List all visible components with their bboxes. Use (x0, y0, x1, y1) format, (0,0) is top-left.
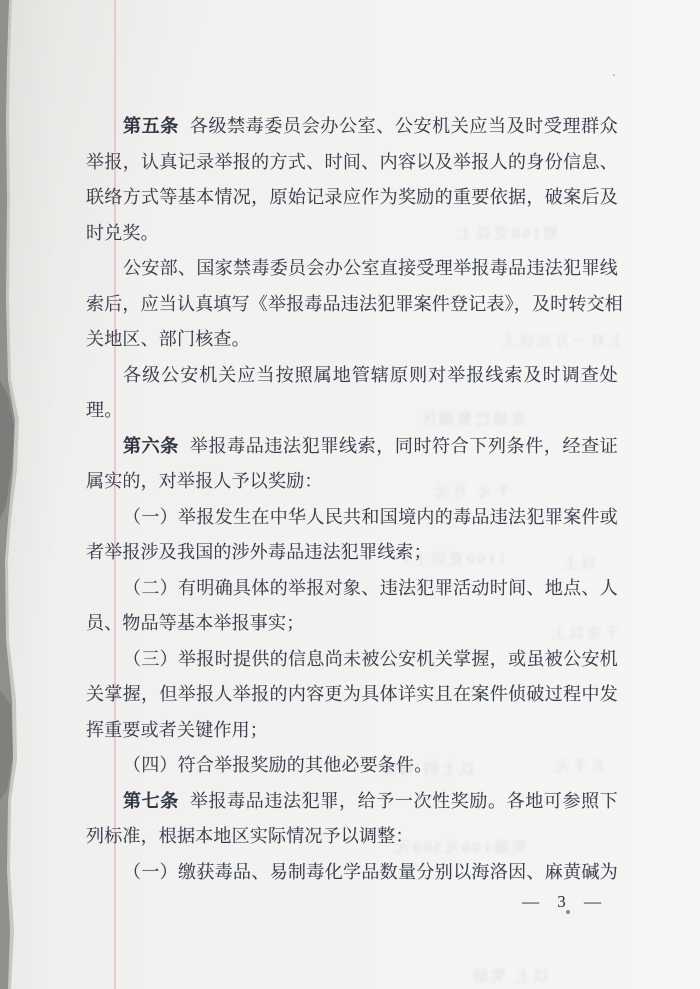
line-text: 联络方式等基本情况，原始记录应作为奖励的重要依据，破案后及 (86, 187, 618, 207)
text-line: 挥重要或者关键作用； (86, 713, 618, 749)
line-text: 索后，应当认真填写《举报毒品违法犯罪案件登记表》，及时转交相 (86, 294, 623, 314)
line-text: 挥重要或者关键作用； (86, 720, 268, 740)
text-line: 者举报涉及我国的涉外毒品违法犯罪线索； (86, 535, 618, 571)
line-text: 关掌握，但举报人举报的内容更为具体详实且在案件侦破过程中发 (86, 684, 618, 704)
text-line: 公安部、国家禁毒委员会办公室直接受理举报毒品违法犯罪线 (86, 251, 618, 287)
ink-speck (613, 74, 615, 76)
text-line: 联络方式等基本情况，原始记录应作为奖励的重要依据，破案后及 (86, 180, 618, 216)
text-line: 第六条举报毒品违法犯罪线索，同时符合下列条件，经查证 (86, 429, 618, 465)
text-line: 举报，认真记录举报的方式、时间、内容以及举报人的身份信息、 (86, 145, 618, 181)
line-text: （一）举报发生在中华人民共和国境内的毒品违法犯罪案件或 (123, 507, 618, 527)
line-text: 关地区、部门核查。 (86, 329, 250, 349)
line-text: 时兑奖。 (86, 223, 159, 243)
text-line: 索后，应当认真填写《举报毒品违法犯罪案件登记表》，及时转交相 (86, 287, 618, 323)
text-line: （四）符合举报奖励的其他必要条件。 (86, 748, 618, 784)
text-line: 员、物品等基本举报事实； (86, 606, 618, 642)
line-text: 员、物品等基本举报事实； (86, 613, 304, 633)
line-text: 属实的，对举报人予以奖励： (86, 471, 323, 491)
line-text: （一）缴获毒品、易制毒化学品数量分别以海洛因、麻黄碱为 (123, 862, 618, 882)
page-number: — 3 — (86, 892, 608, 912)
article-number: 第七条 (123, 791, 179, 811)
article-number: 第五条 (123, 116, 179, 136)
line-text: 举报，认真记录举报的方式、时间、内容以及举报人的身份信息、 (86, 152, 618, 172)
torn-paper-edge-artifact (0, 0, 24, 989)
text-line: 关掌握，但举报人举报的内容更为具体详实且在案件侦破过程中发 (86, 677, 618, 713)
text-line: 时兑奖。 (86, 216, 618, 252)
line-text: （二）有明确具体的举报对象、违法犯罪活动时间、地点、人 (123, 578, 618, 598)
document-body: 第五条各级禁毒委员会办公室、公安机关应当及时受理群众 举报，认真记录举报的方式、… (86, 109, 618, 890)
text-line: （三）举报时提供的信息尚未被公安机关掌握，或虽被公安机 (86, 642, 618, 678)
line-text: 举报毒品违法犯罪线索，同时符合下列条件，经查证 (190, 436, 618, 456)
text-line: （一）举报发生在中华人民共和国境内的毒品违法犯罪案件或 (86, 500, 618, 536)
line-text: （四）符合举报奖励的其他必要条件。 (123, 755, 432, 775)
text-line: （二）有明确具体的举报对象、违法犯罪活动时间、地点、人 (86, 571, 618, 607)
line-text: 各级禁毒委员会办公室、公安机关应当及时受理群众 (190, 116, 618, 136)
text-line: （一）缴获毒品、易制毒化学品数量分别以海洛因、麻黄碱为 (86, 855, 618, 891)
text-line: 各级公安机关应当按照属地管辖原则对举报线索及时调查处 (86, 358, 618, 394)
scanned-document-page: 划100克以上 上对一万元以上 克建巴黎湖区 千元 万元 （100克以上） 以上… (0, 0, 700, 989)
text-line: 第七条举报毒品违法犯罪，给予一次性奖励。各地可参照下 (86, 784, 618, 820)
bleedthrough-mark: 以上 奖励 (470, 965, 549, 986)
text-line: 理。 (86, 393, 618, 429)
article-number: 第六条 (123, 436, 179, 456)
text-line: 第五条各级禁毒委员会办公室、公安机关应当及时受理群众 (86, 109, 618, 145)
line-text: 理。 (86, 400, 122, 420)
line-text: （三）举报时提供的信息尚未被公安机关掌握，或虽被公安机 (123, 649, 618, 669)
line-text: 举报毒品违法犯罪，给予一次性奖励。各地可参照下 (190, 791, 618, 811)
line-text: 者举报涉及我国的涉外毒品违法犯罪线索； (86, 542, 432, 562)
line-text: 列标准，根据本地区实际情况予以调整： (86, 826, 414, 846)
line-text: 各级公安机关应当按照属地管辖原则对举报线索及时调查处 (123, 365, 618, 385)
line-text: 公安部、国家禁毒委员会办公室直接受理举报毒品违法犯罪线 (123, 258, 618, 278)
text-line: 列标准，根据本地区实际情况予以调整： (86, 819, 618, 855)
text-line: 关地区、部门核查。 (86, 322, 618, 358)
text-line: 属实的，对举报人予以奖励： (86, 464, 618, 500)
